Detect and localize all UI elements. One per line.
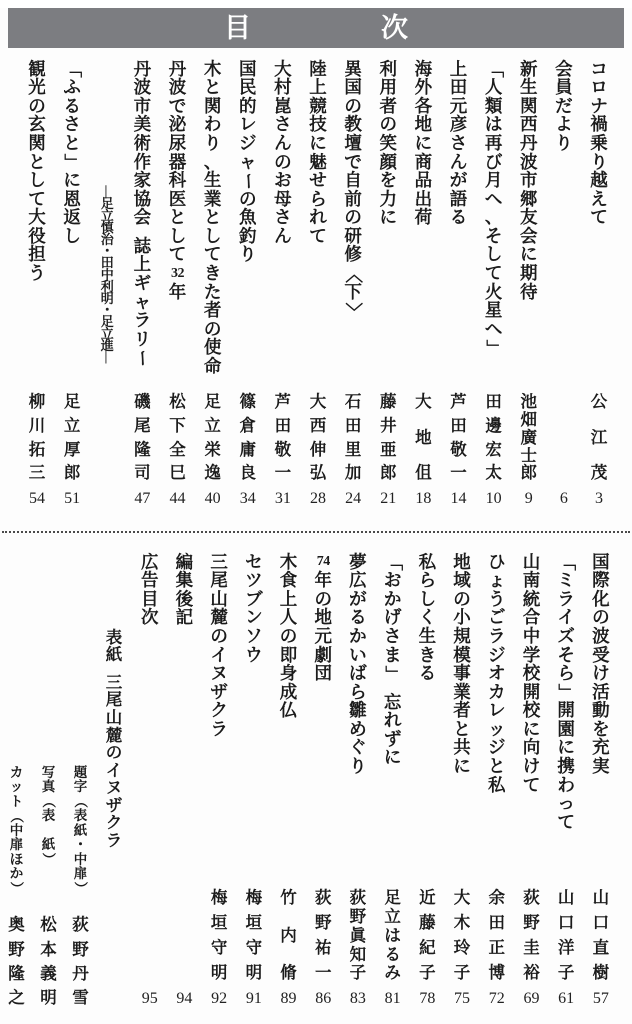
entry-title: 会員だより [553,60,575,390]
toc-entry: セツブンソウ梅垣守明91 [243,553,265,1007]
credit-name: 荻野丹雪 [70,917,91,1007]
entry-author: 公江茂 [588,394,610,482]
entry-page-number: 61 [558,990,574,1008]
entry-page-number: 18 [415,490,431,508]
entry-author: 大木玲子 [451,890,473,982]
colophon: 表紙三尾山麓のイヌザクラ題字（表紙・中扉）荻野丹雪写真（表 紙）松本義明カット（… [6,553,126,1007]
entry-title: 広告目次 [139,553,161,886]
entry-title: 地域の小規模事業者と共に [451,553,473,886]
credit-label: カット（中扉ほか） [6,765,27,896]
entry-title: 木食上人の即身成仏 [278,553,300,886]
entry-title: 夢広がるかいばら雛めぐり [347,553,369,886]
toc-entry: 山南統合中学校開校に向けて荻野圭裕69 [520,553,542,1007]
toc-entry: 「ミライズそら」開園に携わって山口洋子61 [555,553,577,1007]
entry-title: 山南統合中学校開校に向けて [520,553,542,886]
entry-page-number: 51 [64,490,80,508]
toc-entry: 「ふるさと」に恩返し足立厚郎51 [61,60,83,523]
entry-title: 上田元彦さんが語る [448,60,470,390]
page-title: 目次 [94,15,538,42]
entry-page-number: 9 [525,490,533,508]
entry-page-number: 75 [454,990,470,1008]
credit-name: 奥野隆之 [6,917,27,1007]
entry-author: 山口直樹 [590,890,612,982]
entry-title: 「ミライズそら」開園に携わって [555,553,577,886]
toc-entry: 異国の教壇で自前の研修〈下〉石田里加24 [342,60,364,523]
entry-page-number: 24 [345,490,361,508]
toc-entry: 私らしく生きる近藤紀子78 [416,553,438,1007]
entry-page-number: 95 [142,990,158,1008]
entry-author: 荻野眞知子 [347,890,369,982]
entry-title: 観光の玄関として大役担う [26,60,48,390]
entry-page-number: 34 [240,490,256,508]
entry-page-number: 91 [246,990,262,1008]
entry-author: 足立はるみ [382,890,404,982]
entry-page-number: 6 [560,490,568,508]
entry-page-number: 14 [451,490,467,508]
entry-title: 丹波で泌尿器科医として32年 [167,60,189,390]
credit-label: 題字（表紙・中扉） [70,765,91,896]
toc-entry: 国民的レジャーの魚釣り篠倉庸良34 [237,60,259,523]
entry-title: 国民的レジャーの魚釣り [237,60,259,390]
header-bar: 目次 [8,8,624,48]
toc-entry: 国際化の波受け活動を充実山口直樹57 [590,553,612,1007]
entry-author: 池畑廣士郎 [518,394,540,482]
entry-title: 海外各地に商品出荷 [412,60,434,390]
entry-title: 丹波市美術作家協会 誌上ギャラリー [131,60,153,390]
entry-page-number: 3 [595,490,603,508]
toc-entry: 木食上人の即身成仏竹内脩89 [278,553,300,1007]
toc-entry: 海外各地に商品出荷大地伹18 [412,60,434,523]
entry-author: 近藤紀子 [416,890,438,982]
entry-author: 松下全巳 [167,394,189,482]
toc-entry: ひょうごラジオカレッジと私余田正博72 [486,553,508,1007]
credit-name: 松本義明 [38,917,59,1007]
entry-page-number: 81 [385,990,401,1008]
entry-page-number: 94 [176,990,192,1008]
toc-entry: 丹波で泌尿器科医として32年松下全巳44 [167,60,189,523]
cover-column: 表紙三尾山麓のイヌザクラ [102,553,126,1007]
entry-page-number: 28 [310,490,326,508]
entry-page-number: 83 [350,990,366,1008]
entry-page-number: 86 [315,990,331,1008]
toc-entry: 夢広がるかいばら雛めぐり荻野眞知子83 [347,553,369,1007]
entry-author: 芦田敬一 [272,394,294,482]
toc-entry: 三尾山麓のイヌザクラ梅垣守明92 [208,553,230,1007]
entry-author: 梅垣守明 [243,890,265,982]
toc-entry: 利用者の笑顔を力に藤井亜郎21 [377,60,399,523]
entry-author: 篠倉庸良 [237,394,259,482]
entry-author: 石田里加 [342,394,364,482]
credit-label: 写真（表 紙） [38,765,59,867]
entry-title: 編集後記 [173,553,195,886]
entry-title: 「人類は再び月へ、そして火星へ」 [483,60,505,390]
entry-author: 藤井亜郎 [377,394,399,482]
credit-column: 写真（表 紙）松本義明 [38,553,59,1007]
toc-subtitle-entry: ―足立慎治・田中利明・足立進― [96,60,118,523]
entry-title: 陸上競技に魅せられて [307,60,329,390]
entry-title: 「おかげさま」 忘れずに [382,553,404,886]
entry-title: セツブンソウ [243,553,265,886]
entry-title: 国際化の波受け活動を充実 [590,553,612,886]
credit-column: カット（中扉ほか）奥野隆之 [6,553,27,1007]
entry-page-number: 92 [211,990,227,1008]
toc-page: 目次 コロナ禍乗り越えて公江茂3会員だより6新生関西丹波市郷友会に期待池畑廣士郎… [0,8,632,1024]
toc-entry: 編集後記94 [173,553,195,1007]
entry-page-number: 31 [275,490,291,508]
toc-entry: 新生関西丹波市郷友会に期待池畑廣士郎9 [518,60,540,523]
entry-author: 芦田敬一 [448,394,470,482]
entry-title: 大村崑さんのお母さん [272,60,294,390]
toc-entry: 陸上競技に魅せられて大西伸弘28 [307,60,329,523]
entry-subtitle: ―足立慎治・田中利明・足立進― [97,186,117,363]
entry-title: 異国の教壇で自前の研修〈下〉 [342,60,364,390]
entry-author: 大西伸弘 [307,394,329,482]
entry-page-number: 54 [29,490,45,508]
entry-author: 山口洋子 [555,890,577,982]
entry-page-number: 10 [486,490,502,508]
subtitle-text: ―足立慎治・田中利明・足立進― [97,186,117,363]
toc-entry: 地域の小規模事業者と共に大木玲子75 [451,553,473,1007]
entry-title: 三尾山麓のイヌザクラ [208,553,230,886]
entry-title: 新生関西丹波市郷友会に期待 [518,60,540,390]
toc-entry: 会員だより6 [553,60,575,523]
entry-author: 大地伹 [412,394,434,482]
toc-entry: コロナ禍乗り越えて公江茂3 [588,60,610,523]
toc-entry: 丹波市美術作家協会 誌上ギャラリー磯尾隆司47 [131,60,153,523]
entry-author: 荻野圭裕 [520,890,542,982]
entry-page-number: 69 [523,990,539,1008]
toc-entry: 「おかげさま」 忘れずに足立はるみ81 [382,553,404,1007]
entry-page-number: 21 [380,490,396,508]
entry-title: 私らしく生きる [416,553,438,886]
entry-page-number: 57 [593,990,609,1008]
entry-title: コロナ禍乗り越えて [588,60,610,390]
entry-title: 木と関わり、生業としてきた者の使命 [202,60,224,390]
toc-entry: 上田元彦さんが語る芦田敬一14 [448,60,470,523]
entry-page-number: 89 [281,990,297,1008]
toc-entry: 大村崑さんのお母さん芦田敬一31 [272,60,294,523]
toc-section-bottom: 国際化の波受け活動を充実山口直樹57「ミライズそら」開園に携わって山口洋子61山… [0,545,632,1007]
entry-author: 竹内脩 [278,890,300,982]
entry-page-number: 44 [170,490,186,508]
entry-author: 磯尾隆司 [131,394,153,482]
entry-author: 足立厚郎 [61,394,83,482]
cover-title: 三尾山麓のイヌザクラ [102,674,126,850]
entry-page-number: 72 [489,990,505,1008]
entry-author: 梅垣守明 [208,890,230,982]
toc-section-top: コロナ禍乗り越えて公江茂3会員だより6新生関西丹波市郷友会に期待池畑廣士郎9「人… [0,60,632,523]
entry-title: ひょうごラジオカレッジと私 [486,553,508,886]
toc-entry: 広告目次95 [139,553,161,1007]
entry-author: 田邊宏太 [483,394,505,482]
entry-page-number: 78 [419,990,435,1008]
entry-page-number: 40 [205,490,221,508]
entry-author: 足立栄逸 [202,394,224,482]
toc-entry: 木と関わり、生業としてきた者の使命足立栄逸40 [202,60,224,523]
toc-entry: 「人類は再び月へ、そして火星へ」田邊宏太10 [483,60,505,523]
entry-author: 柳川拓三 [26,394,48,482]
entry-author: 余田正博 [486,890,508,982]
entry-title: 74年の地元劇団 [312,553,334,886]
entry-title: 利用者の笑顔を力に [377,60,399,390]
cover-label: 表紙 [102,629,126,664]
toc-entry: 観光の玄関として大役担う柳川拓三54 [26,60,48,523]
entry-author: 荻野祐一 [312,890,334,982]
entry-title: 「ふるさと」に恩返し [61,60,83,390]
toc-entry: 74年の地元劇団荻野祐一86 [312,553,334,1007]
dotted-divider [2,531,630,533]
entry-page-number: 47 [134,490,150,508]
credit-column: 題字（表紙・中扉）荻野丹雪 [70,553,91,1007]
